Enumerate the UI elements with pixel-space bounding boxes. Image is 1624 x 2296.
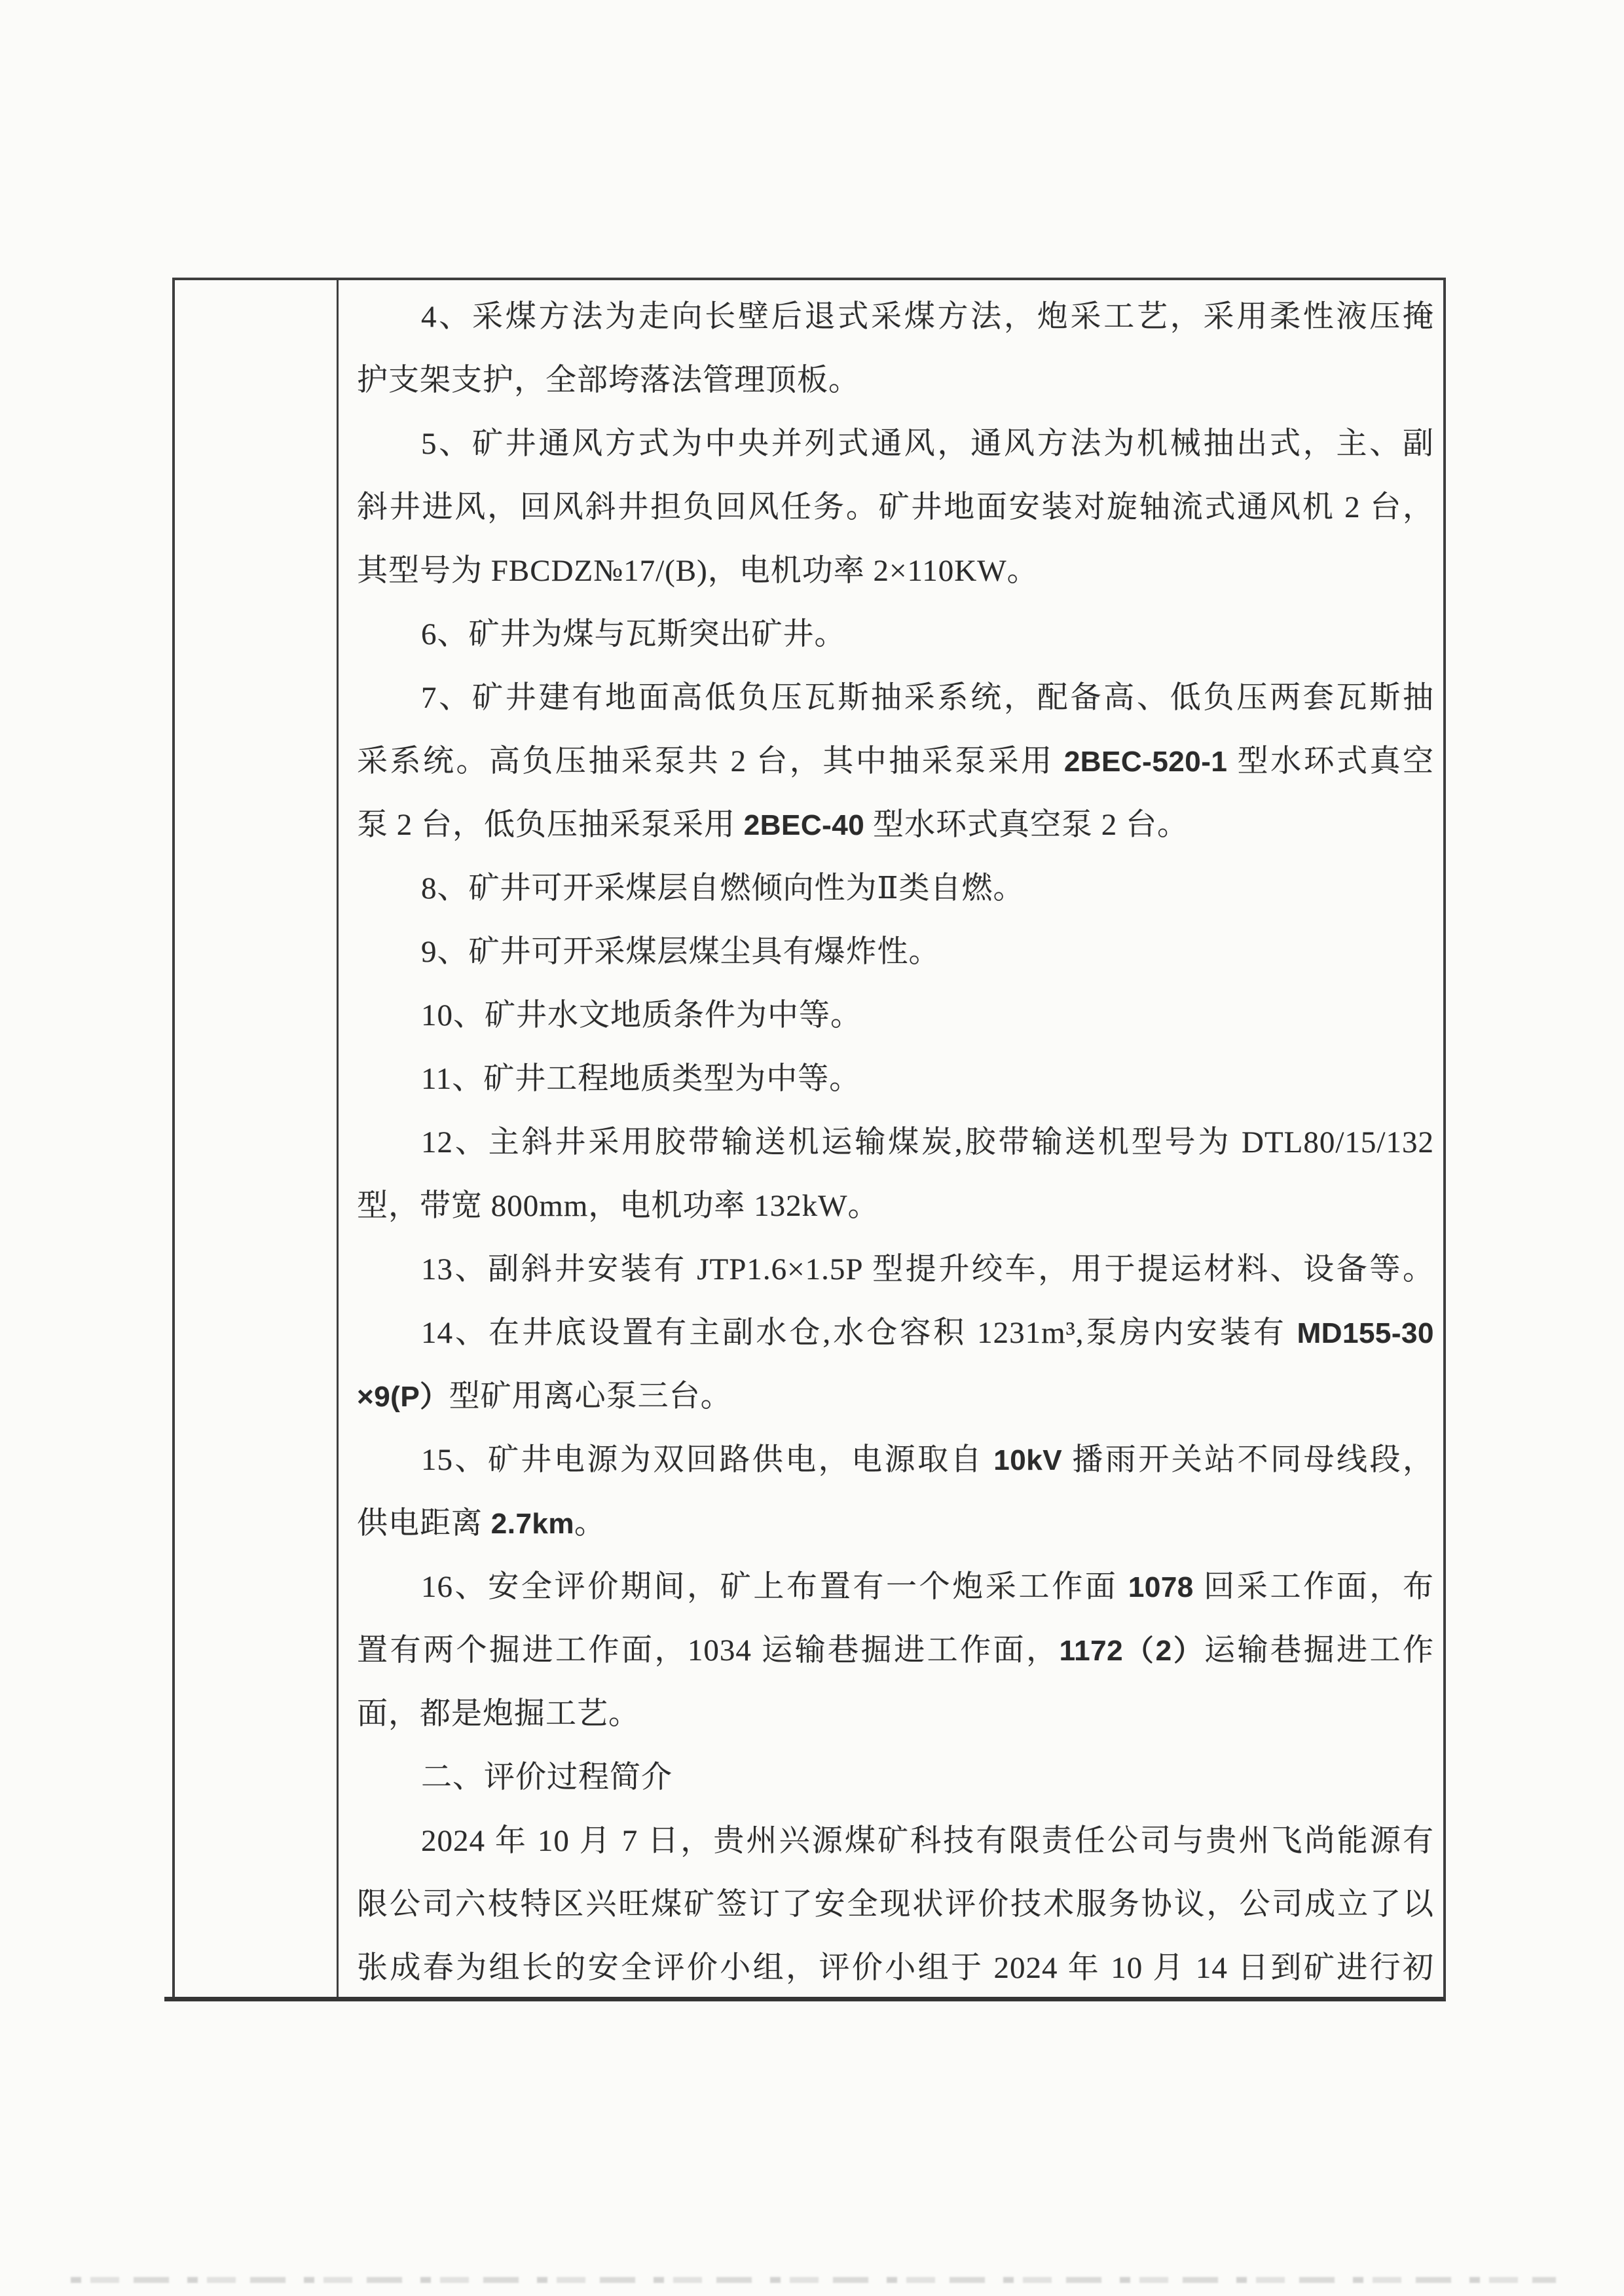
text-run: 播雨开关站不同母线段， (1062, 1443, 1434, 1477)
text-run: 8、矿井可开采煤层自燃倾向性为Ⅱ类自燃。 (421, 871, 1024, 905)
scan-artifact (71, 2277, 1556, 2283)
bold-text-run: 10kV (993, 1444, 1062, 1476)
text-run: 型，带宽 800mm，电机功率 132kW。 (357, 1189, 879, 1223)
text-line: 其型号为 FBCDZ№17/(B)，电机功率 2×110KW。 (357, 539, 1434, 603)
text-line: 斜井进风，回风斜井担负回风任务。矿井地面安装对旋轴流式通风机 2 台， (357, 476, 1434, 539)
text-line: 10、矿井水文地质条件为中等。 (357, 984, 1434, 1048)
text-run: 型水环式真空 (1227, 744, 1434, 778)
text-line: 8、矿井可开采煤层自燃倾向性为Ⅱ类自燃。 (357, 857, 1434, 920)
text-line: 供电距离 2.7km。 (357, 1492, 1434, 1556)
text-run: 13、副斜井安装有 JTP1.6×1.5P 型提升绞车，用于提运材料、设备等。 (421, 1252, 1434, 1286)
bold-text-run: 2BEC-40 (744, 809, 864, 841)
text-run: 其型号为 FBCDZ№17/(B)，电机功率 2×110KW。 (357, 554, 1039, 588)
text-run: 护支架支护，全部垮落法管理顶板。 (357, 363, 860, 397)
text-run: 置有两个掘进工作面，1034 运输巷掘进工作面， (357, 1633, 1060, 1667)
text-line: 护支架支护，全部垮落法管理顶板。 (357, 349, 1434, 412)
text-run: 型水环式真空泵 2 台。 (864, 808, 1189, 842)
text-run: 斜井进风，回风斜井担负回风任务。矿井地面安装对旋轴流式通风机 2 台， (357, 490, 1434, 524)
text-run: 二、评价过程简介 (421, 1760, 673, 1795)
text-line: 二、评价过程简介 (357, 1746, 1434, 1810)
text-run: 型矿用离心泵三台。 (449, 1379, 732, 1413)
bold-text-run: 1078 (1128, 1571, 1194, 1603)
table-left-cell (175, 280, 339, 1997)
text-line: 7、矿井建有地面高低负压瓦斯抽采系统，配备高、低负压两套瓦斯抽 (357, 666, 1434, 730)
text-line: 6、矿井为煤与瓦斯突出矿井。 (357, 603, 1434, 666)
text-run: 供电距离 (357, 1506, 491, 1540)
text-run: 16、安全评价期间，矿上布置有一个炮采工作面 (421, 1570, 1128, 1604)
text-line: 张成春为组长的安全评价小组，评价小组于 2024 年 10 月 14 日到矿进行… (357, 1937, 1434, 2000)
text-line: 15、矿井电源为双回路供电，电源取自 10kV 播雨开关站不同母线段， (357, 1429, 1434, 1492)
text-run: 面，都是炮掘工艺。 (357, 1697, 640, 1731)
bold-text-run: MD155-30 (1297, 1317, 1434, 1349)
text-run: 限公司六枝特区兴旺煤矿签订了安全现状评价技术服务协议，公司成立了以 (357, 1887, 1434, 1922)
text-line: 13、副斜井安装有 JTP1.6×1.5P 型提升绞车，用于提运材料、设备等。 (357, 1238, 1434, 1302)
text-run: 泵 2 台，低负压抽采泵采用 (357, 808, 744, 842)
text-run: 张成春为组长的安全评价小组，评价小组于 2024 年 10 月 14 日到矿进行… (357, 1951, 1434, 1985)
text-line: 9、矿井可开采煤层煤尘具有爆炸性。 (357, 920, 1434, 984)
text-run: 回采工作面，布 (1194, 1570, 1434, 1604)
text-run: 4、采煤方法为走向长壁后退式采煤方法，炮采工艺，采用柔性液压掩 (421, 300, 1434, 334)
text-line: 限公司六枝特区兴旺煤矿签订了安全现状评价技术服务协议，公司成立了以 (357, 1873, 1434, 1937)
text-run: 14、在井底设置有主副水仓,水仓容积 1231m³,泵房内安装有 (421, 1316, 1297, 1350)
text-line: 14、在井底设置有主副水仓,水仓容积 1231m³,泵房内安装有 MD155-3… (357, 1302, 1434, 1365)
text-line: 采系统。高负压抽采泵共 2 台，其中抽采泵采用 2BEC-520-1 型水环式真… (357, 730, 1434, 793)
text-run: 7、矿井建有地面高低负压瓦斯抽采系统，配备高、低负压两套瓦斯抽 (421, 681, 1434, 715)
text-run: 15、矿井电源为双回路供电，电源取自 (421, 1443, 993, 1477)
text-run: 10、矿井水文地质条件为中等。 (421, 998, 862, 1032)
text-run: 采系统。高负压抽采泵共 2 台，其中抽采泵采用 (357, 744, 1064, 778)
document-table: 4、采煤方法为走向长壁后退式采煤方法，炮采工艺，采用柔性液压掩护支架支护，全部垮… (172, 278, 1446, 2001)
text-line: 2024 年 10 月 7 日，贵州兴源煤矿科技有限责任公司与贵州飞尚能源有 (357, 1810, 1434, 1873)
text-run: 5、矿井通风方式为中央并列式通风，通风方法为机械抽出式，主、副 (421, 427, 1434, 461)
bold-text-run: 2.7km (491, 1508, 574, 1540)
text-line: ×9(P）型矿用离心泵三台。 (357, 1365, 1434, 1429)
text-line: 11、矿井工程地质类型为中等。 (357, 1048, 1434, 1111)
text-line: 型，带宽 800mm，电机功率 132kW。 (357, 1175, 1434, 1238)
bold-text-run: 2BEC-520-1 (1064, 746, 1228, 778)
text-run: 12、主斜井采用胶带输送机运输煤炭,胶带输送机型号为 DTL80/15/132 (421, 1125, 1434, 1159)
text-run: 6、矿井为煤与瓦斯突出矿井。 (421, 617, 846, 651)
bold-text-run: ×9(P） (357, 1381, 449, 1413)
text-line: 16、安全评价期间，矿上布置有一个炮采工作面 1078 回采工作面，布 (357, 1556, 1434, 1619)
text-line: 5、矿井通风方式为中央并列式通风，通风方法为机械抽出式，主、副 (357, 412, 1434, 476)
text-line: 12、主斜井采用胶带输送机运输煤炭,胶带输送机型号为 DTL80/15/132 (357, 1111, 1434, 1175)
text-run: 11、矿井工程地质类型为中等。 (421, 1062, 860, 1096)
text-run: 。 (574, 1506, 606, 1540)
text-line: 泵 2 台，低负压抽采泵采用 2BEC-40 型水环式真空泵 2 台。 (357, 793, 1434, 857)
scanned-page: 4、采煤方法为走向长壁后退式采煤方法，炮采工艺，采用柔性液压掩护支架支护，全部垮… (0, 0, 1624, 2296)
text-line: 4、采煤方法为走向长壁后退式采煤方法，炮采工艺，采用柔性液压掩 (357, 285, 1434, 349)
bold-text-run: 1172（2） (1060, 1635, 1204, 1667)
text-run: 运输巷掘进工作 (1204, 1633, 1434, 1667)
text-run: 9、矿井可开采煤层煤尘具有爆炸性。 (421, 935, 940, 969)
text-line: 面，都是炮掘工艺。 (357, 1683, 1434, 1746)
text-run: 2024 年 10 月 7 日，贵州兴源煤矿科技有限责任公司与贵州飞尚能源有 (421, 1824, 1434, 1858)
text-line: 置有两个掘进工作面，1034 运输巷掘进工作面，1172（2）运输巷掘进工作 (357, 1619, 1434, 1683)
document-body: 4、采煤方法为走向长壁后退式采煤方法，炮采工艺，采用柔性液压掩护支架支护，全部垮… (357, 285, 1434, 2000)
